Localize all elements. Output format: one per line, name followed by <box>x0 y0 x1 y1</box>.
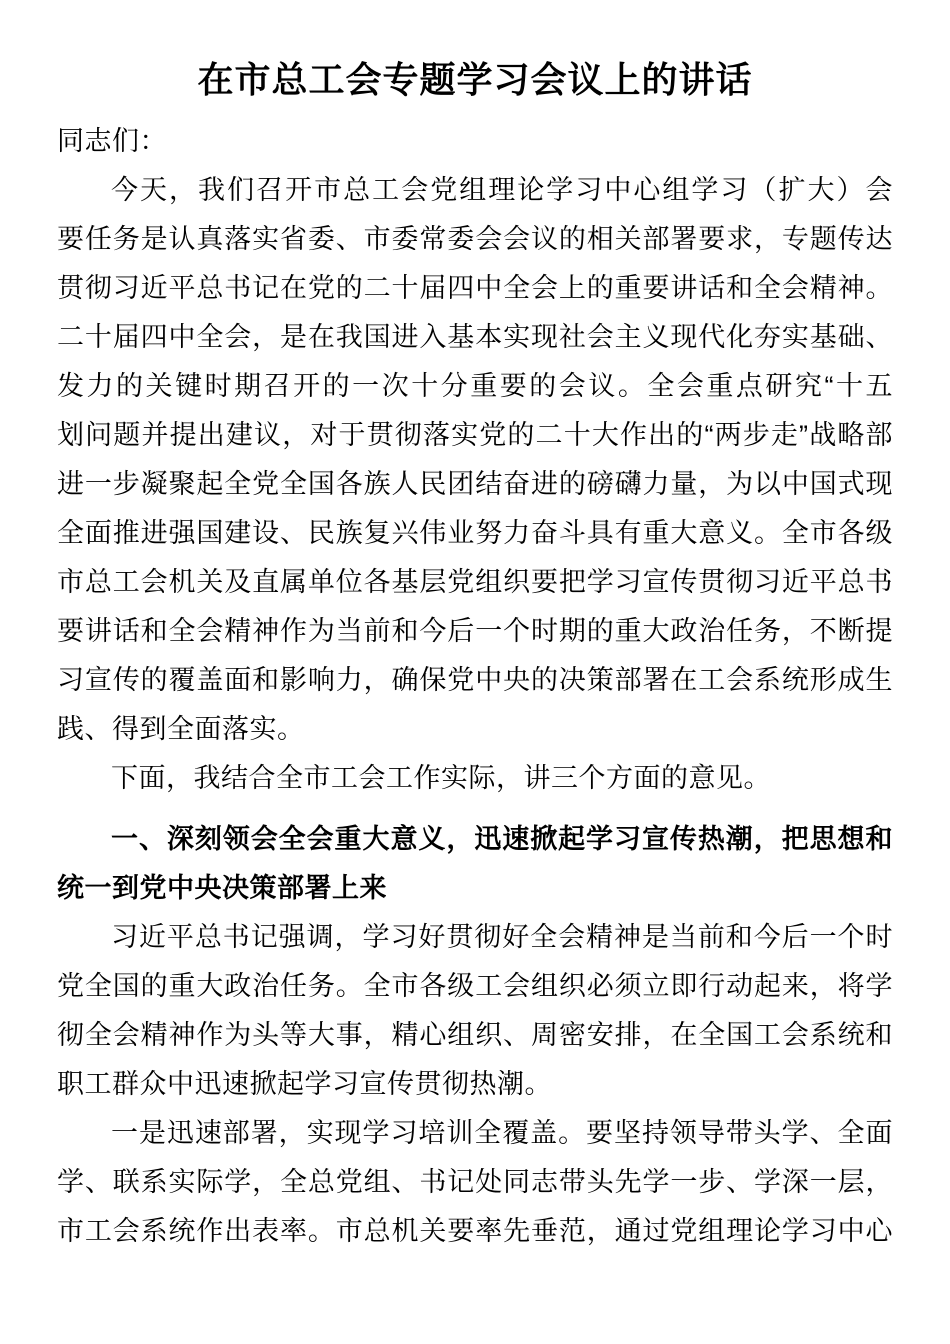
document-body: 同志们：今天，我们召开市总工会党组理论学习中心组学习（扩大）会议，主要任务是认真… <box>57 117 893 1256</box>
text-line: 市工会系统作出表率。市总机关要率先垂范，通过党组理论学习中心组、 <box>57 1207 893 1256</box>
text-line: 要任务是认真落实省委、市委常委会会议的相关部署要求，专题传达学习 <box>57 215 893 264</box>
text-line: 划问题并提出建议，对于贯彻落实党的二十大作出的“两步走”战略部署， <box>57 411 893 460</box>
text-line: 党全国的重大政治任务。全市各级工会组织必须立即行动起来，将学习贯 <box>57 962 893 1011</box>
text-line: 同志们： <box>57 117 893 166</box>
text-line: 一是迅速部署，实现学习培训全覆盖。要坚持领导带头学、全面系统 <box>57 1109 893 1158</box>
text-line: 习宣传的覆盖面和影响力，确保党中央的决策部署在工会系统形成生动实 <box>57 656 893 705</box>
text-line: 践、得到全面落实。 <box>57 705 893 754</box>
text-line: 发力的关键时期召开的一次十分重要的会议。全会重点研究“十五五”规 <box>57 362 893 411</box>
document-title: 在市总工会专题学习会议上的讲话 <box>57 56 893 104</box>
text-line: 贯彻习近平总书记在党的二十届四中全会上的重要讲话和全会精神。党的 <box>57 264 893 313</box>
text-line: 二十届四中全会，是在我国进入基本实现社会主义现代化夯实基础、全面 <box>57 313 893 362</box>
text-line: 市总工会机关及直属单位各基层党组织要把学习宣传贯彻习近平总书记重 <box>57 558 893 607</box>
text-line: 学、联系实际学，全总党组、书记处同志带头先学一步、学深一层，为全 <box>57 1158 893 1207</box>
text-line: 要讲话和全会精神作为当前和今后一个时期的重大政治任务，不断提升学 <box>57 607 893 656</box>
text-line: 职工群众中迅速掀起学习宣传贯彻热潮。 <box>57 1060 893 1109</box>
text-line: 下面，我结合全市工会工作实际，讲三个方面的意见。 <box>57 754 893 803</box>
text-line: 习近平总书记强调，学习好贯彻好全会精神是当前和今后一个时期全 <box>57 913 893 962</box>
text-line: 全面推进强国建设、民族复兴伟业努力奋斗具有重大意义。全市各级工会、 <box>57 509 893 558</box>
section-heading-line: 一、深刻领会全会重大意义，迅速掀起学习宣传热潮，把思想和行动 <box>57 815 893 864</box>
section-heading-line: 统一到党中央决策部署上来 <box>57 864 893 913</box>
text-line: 今天，我们召开市总工会党组理论学习中心组学习（扩大）会议，主 <box>57 166 893 215</box>
document-page: 在市总工会专题学习会议上的讲话 同志们：今天，我们召开市总工会党组理论学习中心组… <box>0 0 950 1344</box>
text-line: 彻全会精神作为头等大事，精心组织、周密安排，在全国工会系统和广大 <box>57 1011 893 1060</box>
text-line: 进一步凝聚起全党全国各族人民团结奋进的磅礴力量，为以中国式现代化 <box>57 460 893 509</box>
